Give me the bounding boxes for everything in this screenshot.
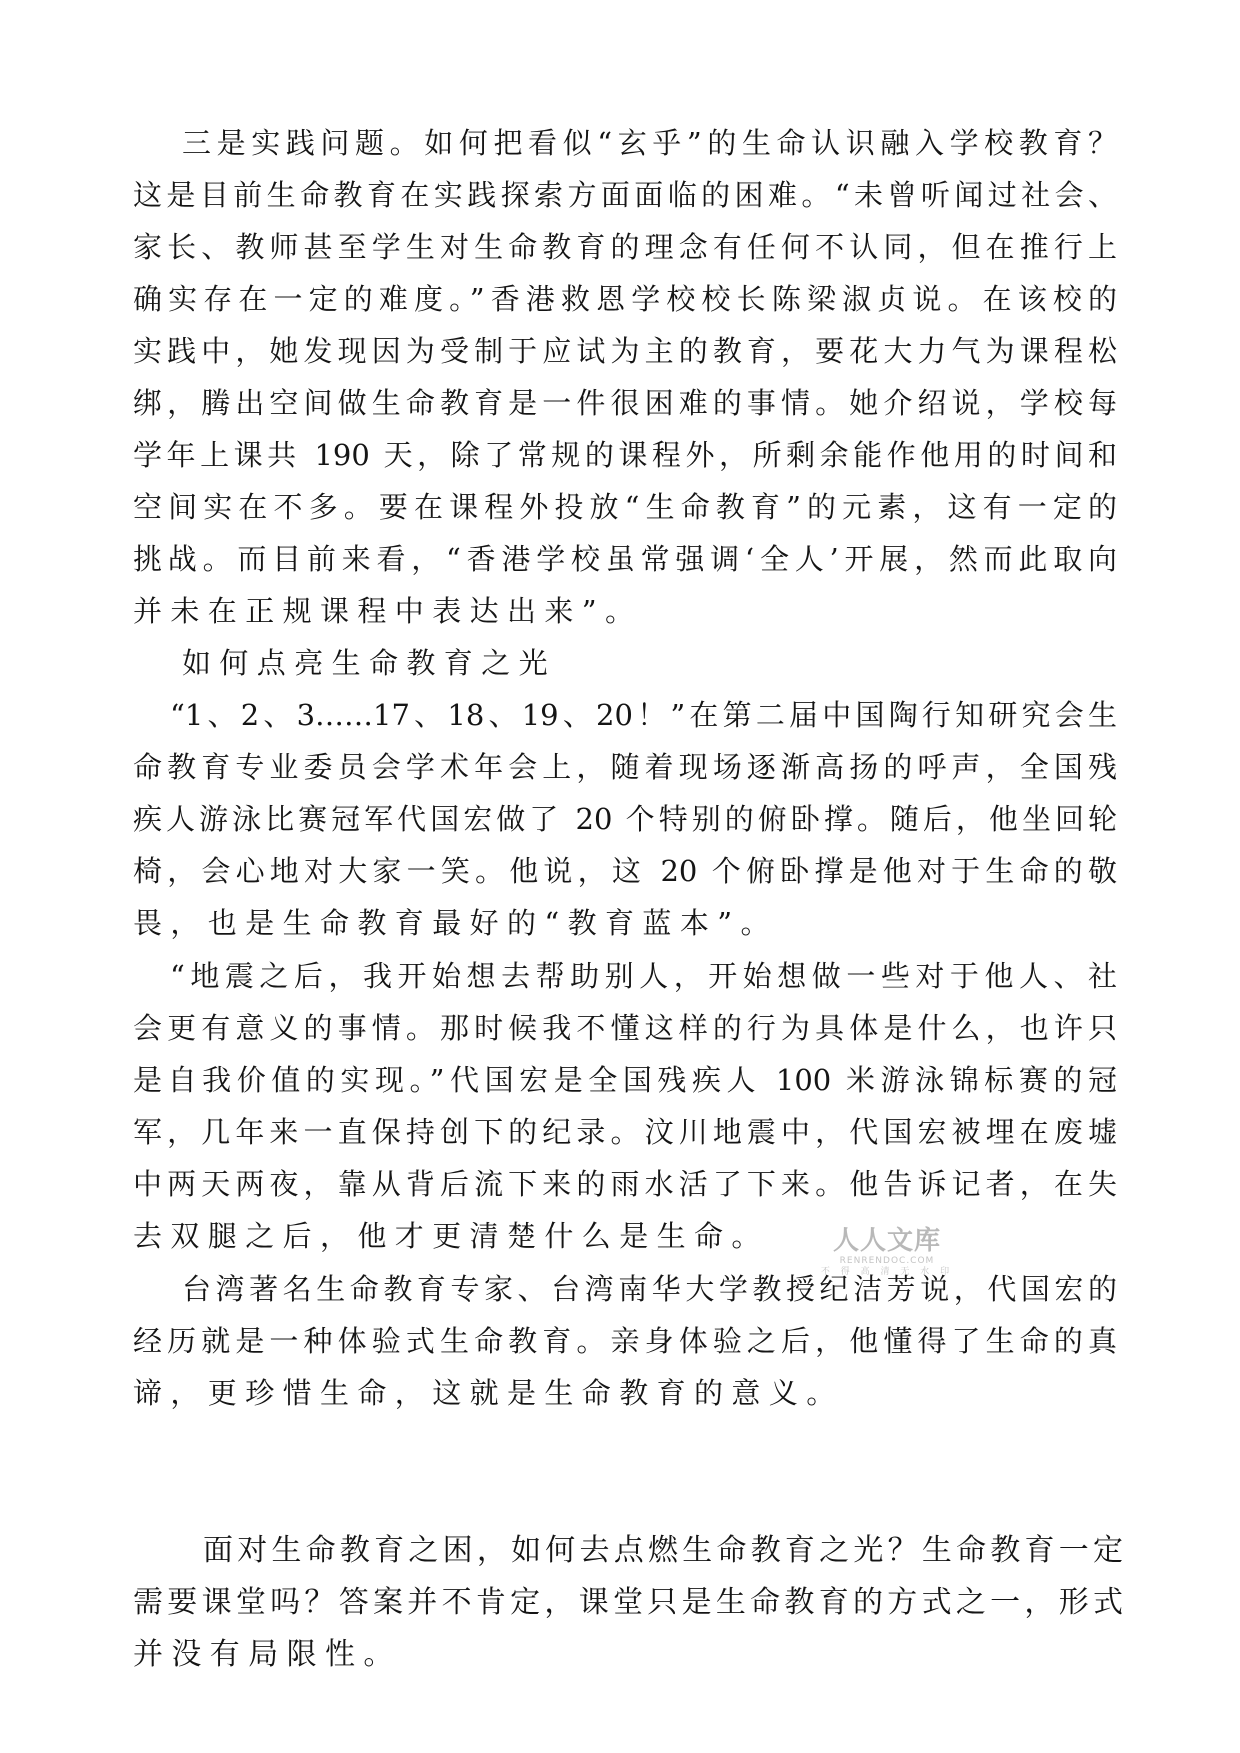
text-line: 去双腿之后，他才更清楚什么是生命。 (133, 1216, 769, 1256)
text-line: 命教育专业委员会学术年会上，随着现场逐渐高扬的呼声，全国残 (133, 747, 1117, 787)
text-line: 绑，腾出空间做生命教育是一件很困难的事情。她介绍说，学校每 (133, 383, 1117, 423)
text-line: 需要课堂吗？答案并不肯定，课堂只是生命教育的方式之一，形式 (133, 1583, 1123, 1623)
text-line: 军，几年来一直保持创下的纪录。汶川地震中，代国宏被埋在废墟 (133, 1112, 1117, 1152)
text-line: 并未在正规课程中表达出来”。 (133, 591, 642, 631)
text-line: 挑战。而目前来看，“香港学校虽常强调‘全人’开展，然而此取向 (133, 539, 1117, 579)
text-line: 疾人游泳比赛冠军代国宏做了 20 个特别的俯卧撑。随后，他坐回轮 (133, 799, 1117, 839)
text-line: 会更有意义的事情。那时候我不懂这样的行为具体是什么，也许只 (133, 1008, 1117, 1048)
text-line: 实践中，她发现因为受制于应试为主的教育，要花大力气为课程松 (133, 331, 1117, 371)
text-line: 家长、教师甚至学生对生命教育的理念有任何不认同，但在推行上 (133, 227, 1117, 267)
text-line: 是自我价值的实现。”代国宏是全国残疾人 100 米游泳锦标赛的冠 (133, 1060, 1117, 1100)
text-line: 面对生命教育之困，如何去点燃生命教育之光？生命教育一定 (203, 1531, 1123, 1571)
text-line: 并没有局限性。 (133, 1635, 402, 1675)
text-line: 三是实践问题。如何把看似“玄乎”的生命认识融入学校教育？ (182, 123, 1117, 163)
text-line: “地震之后，我开始想去帮助别人，开始想做一些对于他人、社 (170, 956, 1117, 996)
text-line: 谛，更珍惜生命，这就是生命教育的意义。 (133, 1373, 844, 1413)
section-heading: 如何点亮生命教育之光 (182, 643, 556, 683)
document-page: 三是实践问题。如何把看似“玄乎”的生命认识融入学校教育？ 这是目前生命教育在实践… (0, 0, 1240, 1753)
watermark-title: 人人文库 (812, 1226, 962, 1256)
watermark-domain: RENRENDOC.COM (812, 1256, 962, 1267)
text-line: “1、2、3……17、18、19、20！”在第二届中国陶行知研究会生 (170, 695, 1117, 735)
text-line: 这是目前生命教育在实践探索方面面临的困难。“未曾听闻过社会、 (133, 175, 1117, 215)
text-line: 确实存在一定的难度。”香港救恩学校校长陈梁淑贞说。在该校的 (133, 279, 1117, 319)
text-line: 椅，会心地对大家一笑。他说，这 20 个俯卧撑是他对于生命的敬 (133, 851, 1117, 891)
text-line: 台湾著名生命教育专家、台湾南华大学教授纪洁芳说，代国宏的 (182, 1269, 1117, 1309)
text-line: 畏，也是生命教育最好的“教育蓝本”。 (133, 903, 778, 943)
text-line: 中两天两夜，靠从背后流下来的雨水活了下来。他告诉记者，在失 (133, 1164, 1117, 1204)
text-line: 空间实在不多。要在课程外投放“生命教育”的元素，这有一定的 (133, 487, 1117, 527)
text-line: 学年上课共 190 天，除了常规的课程外，所剩余能作他用的时间和 (133, 435, 1117, 475)
text-line: 经历就是一种体验式生命教育。亲身体验之后，他懂得了生命的真 (133, 1321, 1117, 1361)
